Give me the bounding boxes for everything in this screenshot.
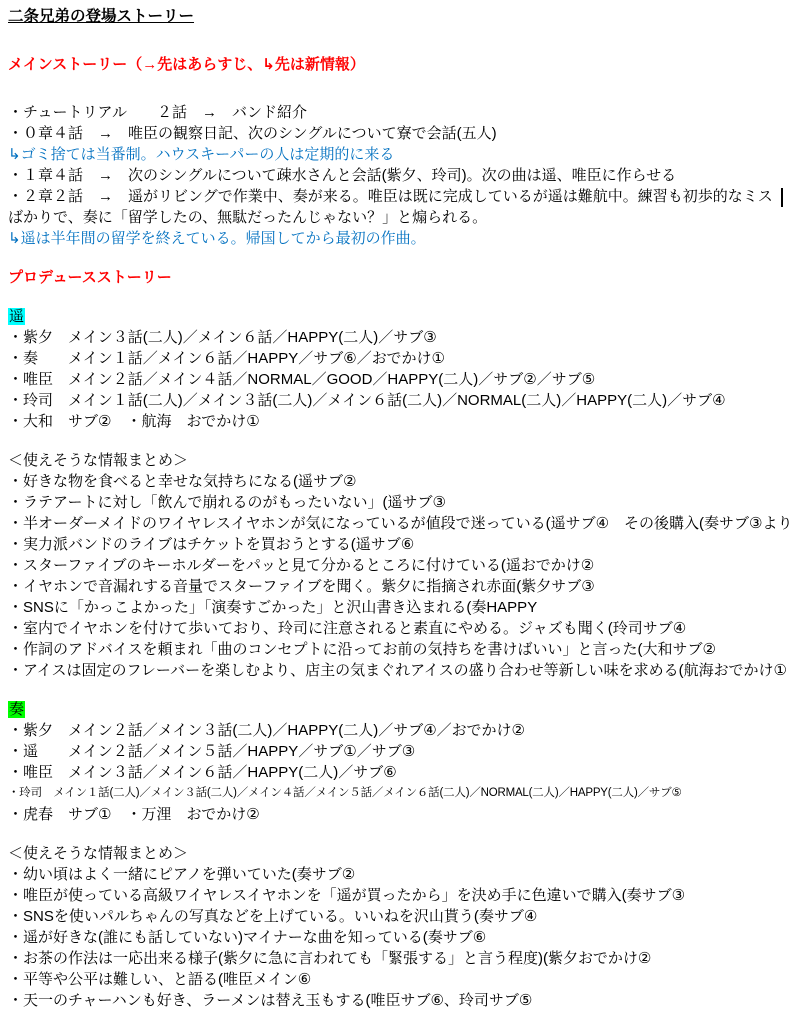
character-name-kanade: 奏 [8,699,799,720]
info-summary-heading: ＜使えそうな情報まとめ＞ [8,843,799,864]
info-line: ・半オーダーメイドのワイヤレスイヤホンが気になっているが値段で迷っている(遥サブ… [8,513,799,534]
info-line: ・好きな物を食べると幸せな気持ちになる(遥サブ② [8,471,799,492]
episode-line: ・唯臣 メイン２話／メイン４話／NORMAL／GOOD／HAPPY(二人)／サブ… [8,369,799,390]
story-annotation-line: ↳ゴミ捨ては当番制。ハウスキーパーの人は定期的に来る [8,144,799,165]
spacer [8,249,799,267]
spacer [8,75,799,102]
info-line: ・平等や公平は難しい、と語る(唯臣メイン⑥ [8,969,799,990]
episode-line: ・唯臣 メイン３話／メイン６話／HAPPY(二人)／サブ⑥ [8,762,799,783]
story-line: ・０章４話 → 唯臣の観察日記、次のシングルについて寮で会話(五人) [8,123,799,144]
main-story-heading: メインストーリー（→先はあらすじ、↳先は新情報） [8,54,799,75]
info-line: ・SNSに「かっこよかった」「演奏すごかった」と沢山書き込まれる(奏HAPPY [8,597,799,618]
document-page[interactable]: 二条兄弟の登場ストーリー メインストーリー（→先はあらすじ、↳先は新情報） ・チ… [0,0,799,1023]
spacer [8,432,799,450]
info-line: ・幼い頃はよく一緒にピアノを弾いていた(奏サブ② [8,864,799,885]
story-line: ・チュートリアル ２話 → バンド紹介 [8,102,799,123]
character-name-haruka: 遥 [8,306,799,327]
story-line: ・２章２話 → 遥がリビングで作業中、奏が来る。唯臣は既に完成しているが遥は難航… [8,186,799,207]
info-line: ・室内でイヤホンを付けて歩いており、玲司に注意されると素直にやめる。ジャズも聞く… [8,618,799,639]
spacer [8,681,799,699]
story-annotation-line: ↳遥は半年間の留学を終えている。帰国してから最初の作曲。 [8,228,799,249]
info-line: ・作詞のアドバイスを頼まれ「曲のコンセプトに沿ってお前の気持ちを書けばいい」と言… [8,639,799,660]
episode-line: ・玲司 メイン１話(二人)／メイン３話(二人)／メイン４話／メイン５話／メイン６… [8,783,799,804]
episode-line: ・大和 サブ② ・航海 おでかけ① [8,411,799,432]
info-line: ・スターファイブのキーホルダーをパッと見て分かるところに付けている(遥おでかけ② [8,555,799,576]
spacer [8,27,799,54]
info-summary-heading: ＜使えそうな情報まとめ＞ [8,450,799,471]
spacer [8,288,799,306]
text-caret [781,188,783,207]
episode-line: ・玲司 メイン１話(二人)／メイン３話(二人)／メイン６話(二人)／NORMAL… [8,390,799,411]
episode-line: ・奏 メイン１話／メイン６話／HAPPY／サブ⑥／おでかけ① [8,348,799,369]
episode-line: ・紫夕 メイン３話(二人)／メイン６話／HAPPY(二人)／サブ③ [8,327,799,348]
info-line: ・遥が好きな(誰にも話していない)マイナーな曲を知っている(奏サブ⑥ [8,927,799,948]
kanade-highlight: 奏 [8,701,25,718]
episode-line: ・遥 メイン２話／メイン５話／HAPPY／サブ①／サブ③ [8,741,799,762]
page-title: 二条兄弟の登場ストーリー [8,6,799,27]
info-line: ・天一のチャーハンも好き、ラーメンは替え玉もする(唯臣サブ⑥、玲司サブ⑤ [8,990,799,1011]
info-line: ・唯臣が使っている高級ワイヤレスイヤホンを「遥が買ったから」を決め手に色違いで購… [8,885,799,906]
episode-line: ・虎春 サブ① ・万浬 おでかけ② [8,804,799,825]
info-line: ・ラテアートに対し「飲んで崩れるのがもったいない」(遥サブ③ [8,492,799,513]
produce-story-heading: プロデュースストーリー [8,267,799,288]
story-line: ・１章４話 → 次のシングルについて疎水さんと会話(紫夕、玲司)。次の曲は遥、唯… [8,165,799,186]
info-line: ・実力派バンドのライブはチケットを買おうとする(遥サブ⑥ [8,534,799,555]
info-line: ・イヤホンで音漏れする音量でスターファイブを聞く。紫夕に指摘され赤面(紫夕サブ③ [8,576,799,597]
haruka-highlight: 遥 [8,308,25,325]
info-line: ・SNSを使いパルちゃんの写真などを上げている。いいねを沢山貰う(奏サブ④ [8,906,799,927]
episode-line: ・紫夕 メイン２話／メイン３話(二人)／HAPPY(二人)／サブ④／おでかけ② [8,720,799,741]
info-line: ・お茶の作法は一応出来る様子(紫夕に急に言われても「緊張する」と言う程度)(紫夕… [8,948,799,969]
story-line: ばかりで、奏に「留学したの、無駄だったんじゃない？」と煽られる。 [8,207,799,228]
info-line: ・アイスは固定のフレーバーを楽しむより、店主の気まぐれアイスの盛り合わせ等新しい… [8,660,799,681]
spacer [8,825,799,843]
